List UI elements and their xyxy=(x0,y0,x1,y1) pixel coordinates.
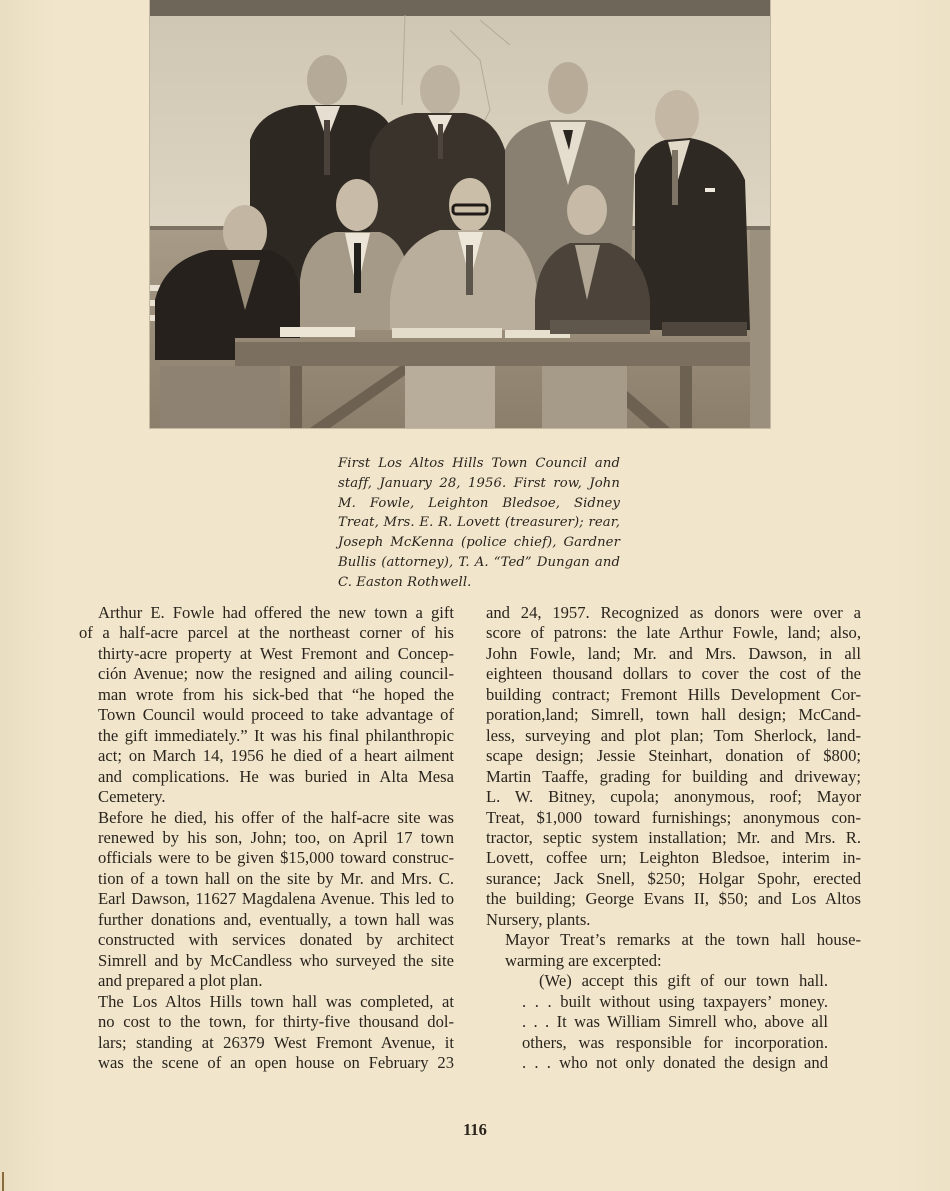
paragraph-mayor-remarks-intro: Mayor Treat’s remarks at the town hall h… xyxy=(486,930,861,971)
text-line: surance; Jack Snell, $250; Holgar Spohr,… xyxy=(486,869,861,889)
mayor-treat-quote: (We) accept this gift of our town hall. … xyxy=(522,971,828,1073)
text-line: tion of a town hall on the site by Mr. a… xyxy=(79,869,454,889)
text-line: and 24, 1957. Recognized as donors were … xyxy=(486,603,861,623)
text-line: and prepared a plot plan. xyxy=(79,971,454,991)
text-line: renewed by his son, John; too, on April … xyxy=(79,828,454,848)
text-line: The Los Altos Hills town hall was comple… xyxy=(79,992,454,1012)
text-line: act; on March 14, 1956 he died of a hear… xyxy=(79,746,454,766)
text-line: officials were to be given $15,000 towar… xyxy=(79,848,454,868)
text-line: constructed with services donated by arc… xyxy=(79,930,454,950)
text-line: Martin Taaffe, grading for building and … xyxy=(486,767,861,787)
text-line: Lovett, coffee urn; Leighton Bledsoe, in… xyxy=(486,848,861,868)
paragraph-town-hall-completed: The Los Altos Hills town hall was comple… xyxy=(79,992,454,1074)
text-line: warming are excerpted: xyxy=(486,951,861,971)
text-line: Before he died, his offer of the half-ac… xyxy=(79,808,454,828)
text-line: Mayor Treat’s remarks at the town hall h… xyxy=(486,930,861,950)
text-line: Treat, $1,000 toward furnishings; anonym… xyxy=(486,808,861,828)
text-line: poration,land; Simrell, town hall design… xyxy=(486,705,861,725)
quote-line: . . . who not only donated the design an… xyxy=(522,1053,828,1073)
text-line: less, surveying and plot plan; Tom Sherl… xyxy=(486,726,861,746)
text-line: lars; standing at 26379 West Fremont Ave… xyxy=(79,1033,454,1053)
text-line: was the scene of an open house on Februa… xyxy=(79,1053,454,1073)
text-line: ción Avenue; now the resigned and ailing… xyxy=(79,664,454,684)
text-line: of a half-acre parcel at the northeast c… xyxy=(79,623,454,643)
text-line: the gift immediately.” It was his final … xyxy=(79,726,454,746)
body-column-right: and 24, 1957. Recognized as donors were … xyxy=(486,603,861,1073)
text-line: Town Council would proceed to take advan… xyxy=(79,705,454,725)
text-line: building contract; Fremont Hills Develop… xyxy=(486,685,861,705)
text-line: further donations and, eventually, a tow… xyxy=(79,910,454,930)
council-group-photo xyxy=(150,0,770,428)
quote-line: others, was responsible for incorporatio… xyxy=(522,1033,828,1053)
quote-line: (We) accept this gift of our town hall. xyxy=(522,971,828,991)
quote-line: . . . built without using taxpayers’ mon… xyxy=(522,992,828,1012)
text-line: Cemetery. xyxy=(79,787,454,807)
paragraph-fowle-gift: Arthur E. Fowle had offered the new town… xyxy=(79,603,454,808)
text-line: man wrote from his sick-bed that “he hop… xyxy=(79,685,454,705)
text-line: score of patrons: the late Arthur Fowle,… xyxy=(486,623,861,643)
text-line: Earl Dawson, 11627 Magdalena Avenue. Thi… xyxy=(79,889,454,909)
text-line: eighteen thousand dollars to cover the c… xyxy=(486,664,861,684)
text-line: Arthur E. Fowle had offered the new town… xyxy=(79,603,454,623)
binding-edge-mark xyxy=(2,1172,4,1191)
text-line: scape design; Jessie Steinhart, donation… xyxy=(486,746,861,766)
page-number: 116 xyxy=(0,1120,950,1140)
quote-line: . . . It was William Simrell who, above … xyxy=(522,1012,828,1032)
text-line: and complications. He was buried in Alta… xyxy=(79,767,454,787)
paragraph-donors-list: and 24, 1957. Recognized as donors were … xyxy=(486,603,861,930)
text-line: thirty-acre property at West Fremont and… xyxy=(79,644,454,664)
paragraph-dawson-donation: Before he died, his offer of the half-ac… xyxy=(79,808,454,992)
text-line: John Fowle, land; Mr. and Mrs. Dawson, i… xyxy=(486,644,861,664)
text-line: tractor, septic system installation; Mr.… xyxy=(486,828,861,848)
text-line: Simrell and by McCandless who surveyed t… xyxy=(79,951,454,971)
text-line: no cost to the town, for thirty-five tho… xyxy=(79,1012,454,1032)
photo-illustration xyxy=(150,0,770,428)
body-column-left: Arthur E. Fowle had offered the new town… xyxy=(79,603,454,1073)
text-line: Nursery, plants. xyxy=(486,910,861,930)
text-line: the building; George Evans II, $50; and … xyxy=(486,889,861,909)
photo-caption: First Los Altos Hills Town Council and s… xyxy=(338,454,620,593)
text-line: L. W. Bitney, cupola; anonymous, roof; M… xyxy=(486,787,861,807)
